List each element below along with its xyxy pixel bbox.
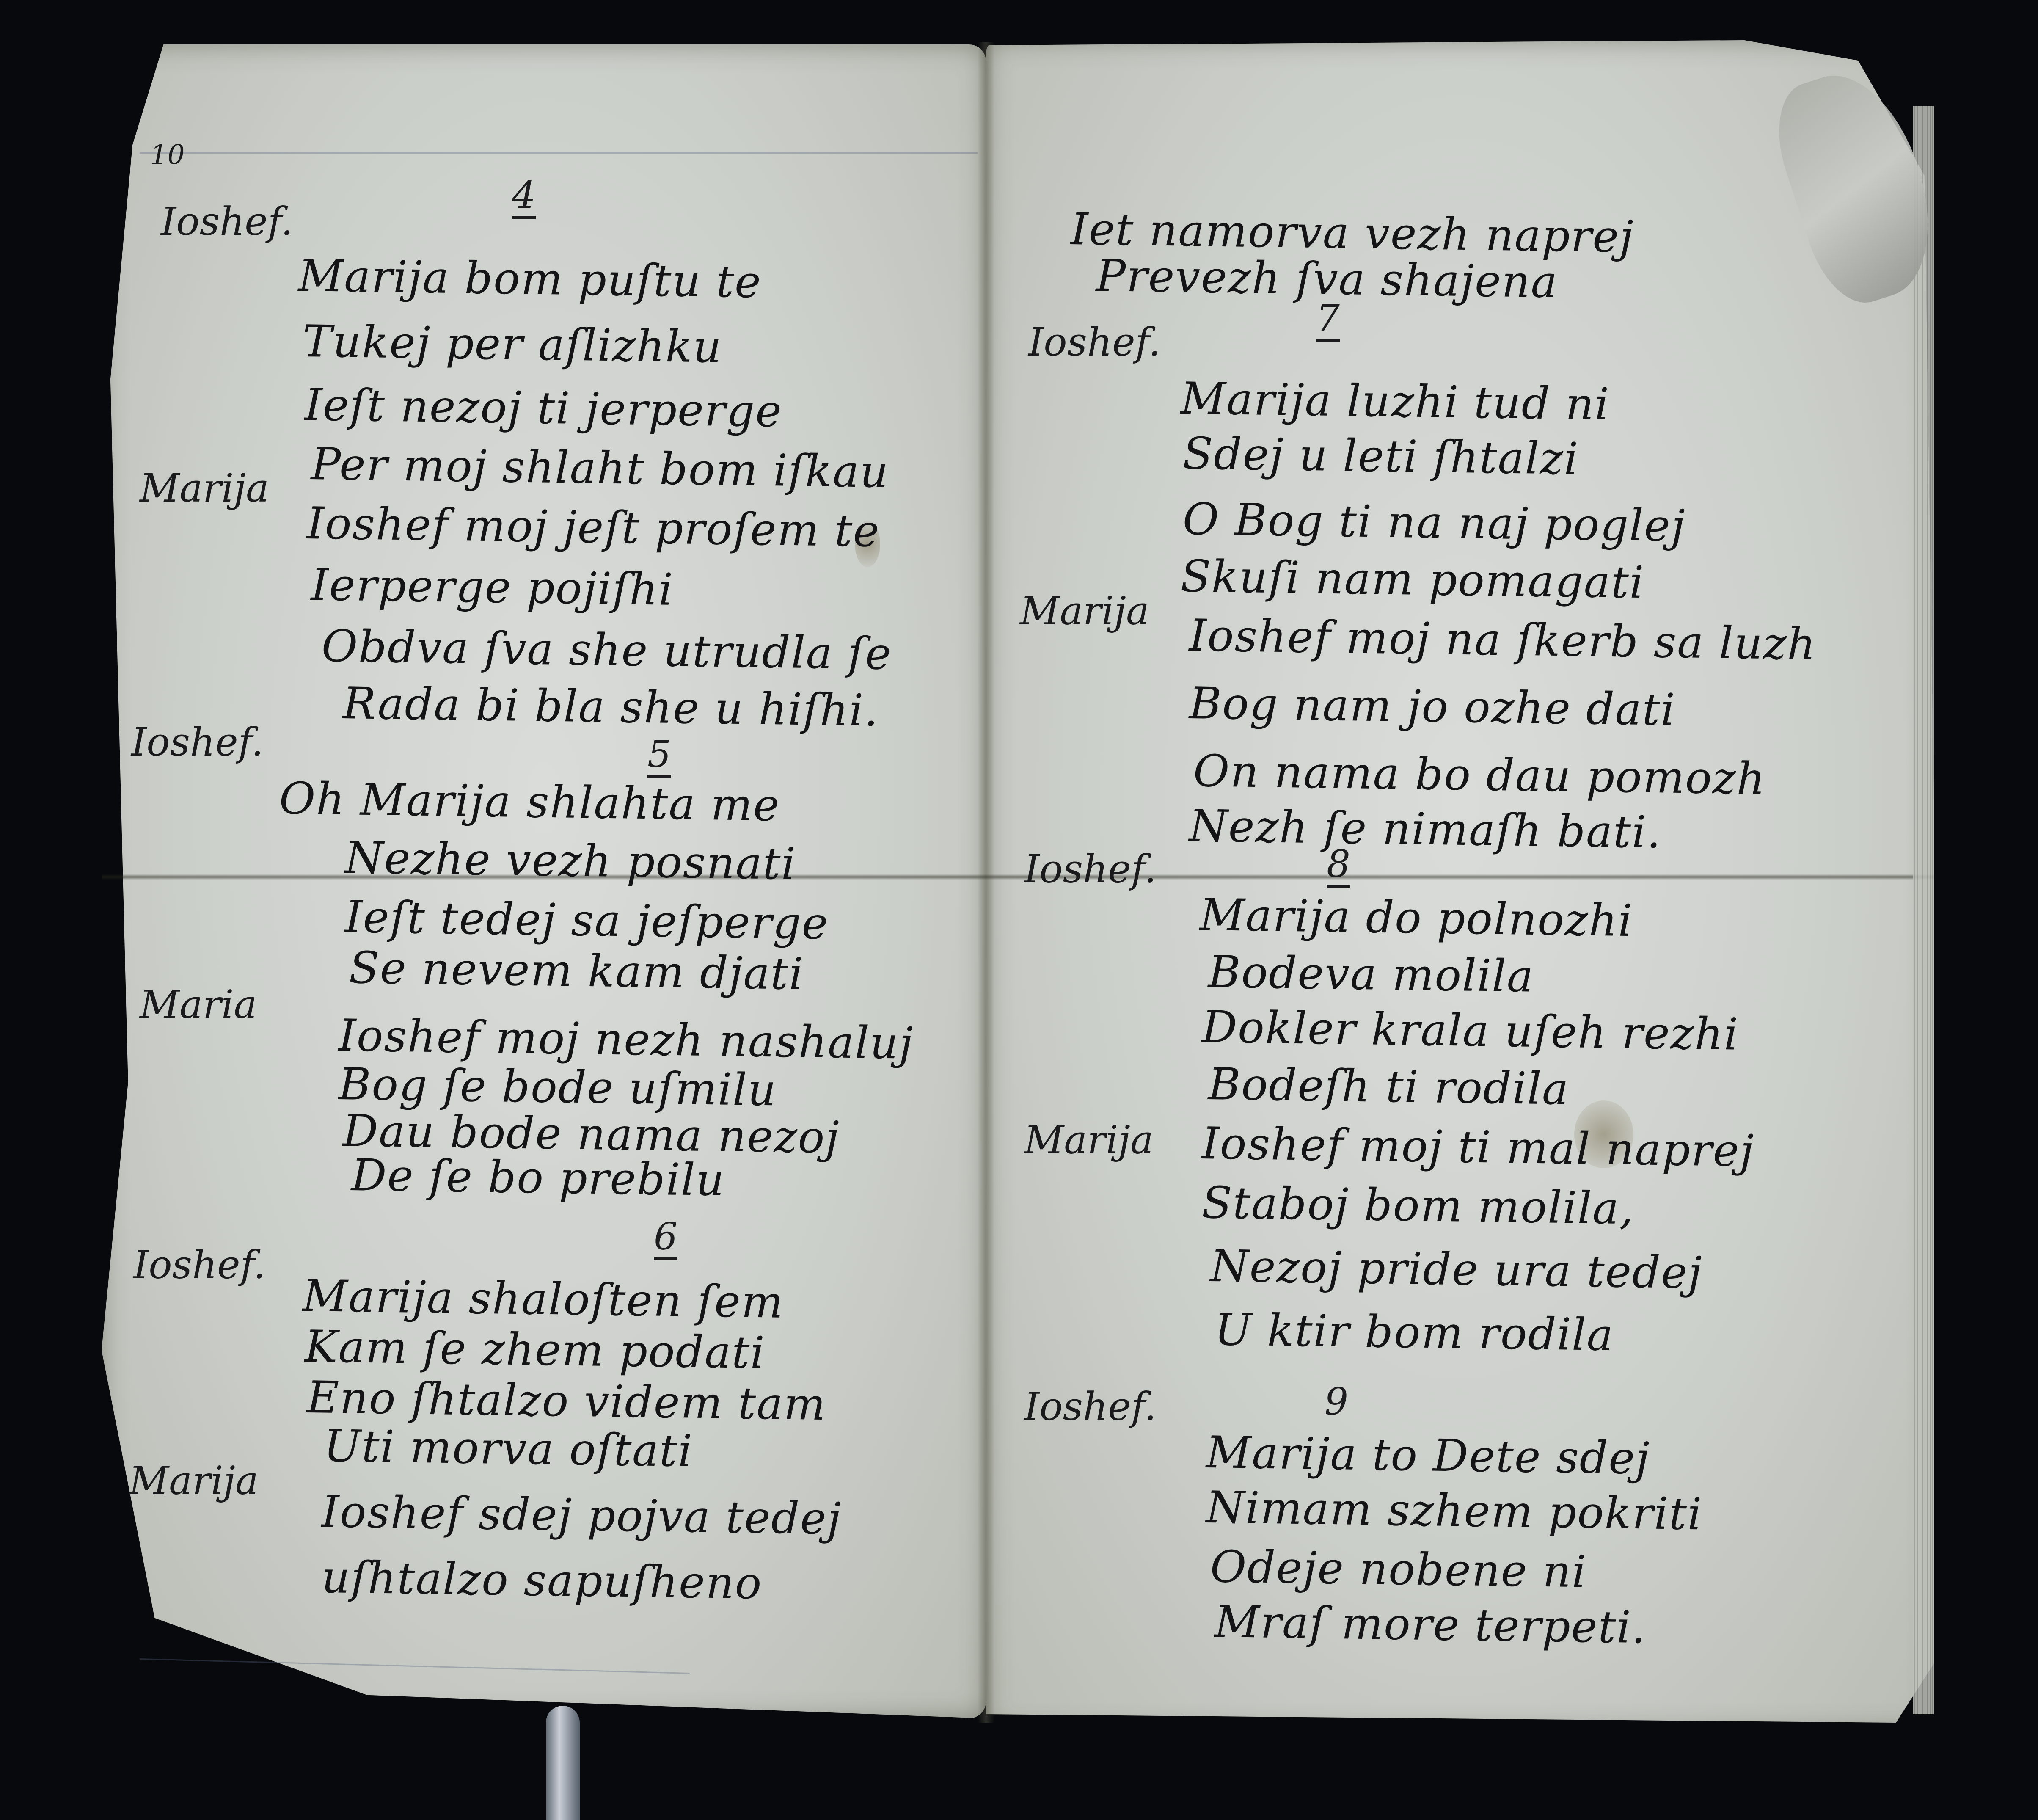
verse-number: 7: [1316, 296, 1340, 340]
ruled-margin-line: [140, 152, 978, 154]
verse-line: Marija do polnozhi: [1199, 889, 1633, 946]
verse-line: Ieſt tedej sa jeſperge: [344, 891, 829, 949]
verse-line: Odeje nobene ni: [1210, 1541, 1587, 1597]
speaker-label: Ioshef.: [1024, 1384, 1157, 1429]
verse-line: Se nevem kam djati: [349, 942, 804, 1000]
speaker-label: Marija: [140, 466, 269, 511]
verse-line: Bodeva molila: [1208, 946, 1534, 1002]
verse-line: Nezhe vezh posnati: [344, 832, 796, 890]
verse-line: Mraſ more terpeti.: [1214, 1596, 1647, 1653]
verse-line: De ſe bo prebilu: [351, 1149, 725, 1206]
verse-line: Dokler krala uſeh rezhi: [1201, 1001, 1739, 1060]
verse-line: Ioshef moj jeſt proſem te: [306, 497, 880, 557]
page-number: 10: [150, 140, 185, 171]
verse-line: Rada bi bla she u hiſhi.: [342, 677, 879, 736]
verse-line: Sdej u leti ſhtalzi: [1182, 427, 1579, 485]
speaker-label: Ioshef.: [1024, 847, 1157, 892]
speaker-label: Ioshef.: [161, 199, 293, 244]
speaker-label: Ioshef.: [131, 720, 264, 765]
verse-line: Marija luzhi tud ni: [1180, 372, 1610, 430]
verse-line: Bodeſh ti rodila: [1208, 1058, 1570, 1115]
verse-line: O Bog ti na naj poglej: [1182, 493, 1686, 552]
verse-line: uſhtalzo sapuſheno: [321, 1551, 763, 1609]
verse-line: On nama bo dau pomozh: [1193, 745, 1766, 805]
verse-number: 8: [1327, 842, 1350, 886]
verse-line: Staboj bom molila,: [1201, 1177, 1635, 1234]
speaker-label: Maria: [140, 982, 257, 1027]
speaker-label: Ioshef.: [1028, 320, 1161, 365]
verse-number: 6: [654, 1215, 677, 1258]
verse-line: Marija shaloſten ſem: [302, 1270, 784, 1328]
verse-line: Bog nam jo ozhe dati: [1189, 677, 1676, 736]
verse-line: Ioshef moj ti mal naprej: [1201, 1117, 1754, 1177]
speaker-label: Ioshef.: [133, 1242, 266, 1288]
verse-line: Ioshef moj na ſkerb sa luzh: [1189, 609, 1817, 670]
glass-page-weight-rod: [546, 1706, 580, 1820]
verse-line: U ktir bom rodila: [1214, 1304, 1614, 1361]
verse-line: Marija bom puſtu te: [298, 250, 762, 308]
verse-line: Marija to Dete sdej: [1206, 1426, 1650, 1484]
speaker-label: Marija: [129, 1458, 259, 1503]
page-edges: [1913, 106, 1934, 1714]
verse-number: 9: [1325, 1380, 1348, 1423]
verse-line: Nezoj pride ura tedej: [1210, 1240, 1703, 1299]
verse-line: Nimam szhem pokriti: [1206, 1481, 1703, 1540]
verse-line: Per moj shlaht bom iſkau: [311, 438, 890, 498]
verse-line: Tukej per aſlizhku: [302, 315, 723, 373]
verse-line: Oh Marija shlahta me: [279, 772, 780, 831]
verse-line: Kam ſe zhem podati: [304, 1321, 766, 1379]
verse-line: Ierperge pojiſhi: [311, 559, 674, 615]
verse-line: Ieſt nezoj ti jerperge: [304, 379, 782, 437]
book-gutter: [978, 42, 994, 1723]
verse-line: Ioshef sdej pojva tedej: [321, 1486, 842, 1544]
verse-number: 5: [647, 732, 671, 776]
verse-line: Uti morva oſtati: [323, 1420, 693, 1477]
manuscript-spread: 10 4 Ioshef. Marija bom puſtu te Tukej p…: [0, 0, 2038, 1820]
verse-number: 4: [512, 174, 536, 217]
speaker-label: Marija: [1020, 588, 1149, 634]
verse-line: Skuſi nam pomagati: [1180, 550, 1645, 608]
verse-line: Nezh ſe nimaſh bati.: [1189, 800, 1662, 858]
speaker-label: Marija: [1024, 1117, 1154, 1163]
verse-line: Obdva ſva she utrudla ſe: [321, 620, 892, 680]
